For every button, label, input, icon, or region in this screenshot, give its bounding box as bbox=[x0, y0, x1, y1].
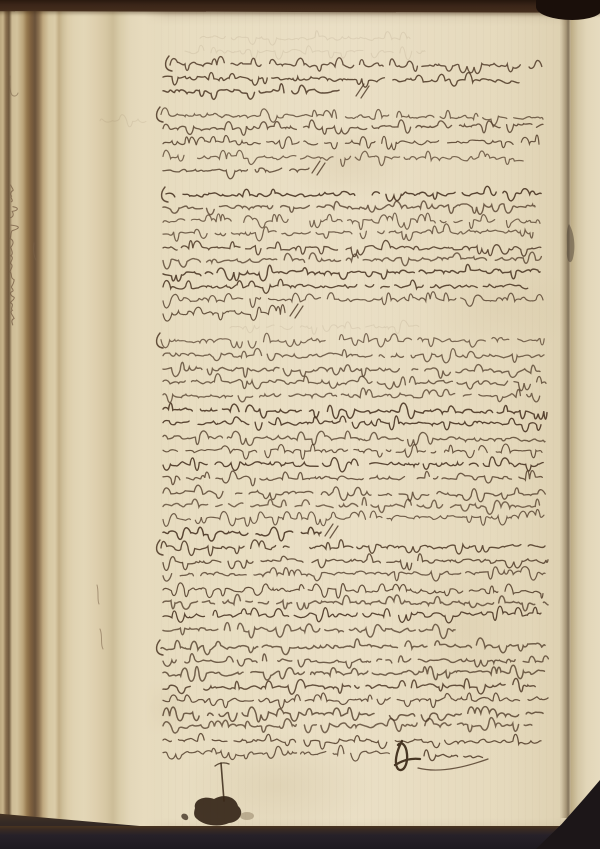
paragraph-end-marks bbox=[290, 84, 369, 538]
paragraph-2 bbox=[157, 107, 543, 179]
paragraph-6 bbox=[157, 638, 549, 762]
handwriting-layer bbox=[0, 0, 600, 849]
margin-note-script bbox=[10, 185, 18, 325]
ink-blot bbox=[181, 763, 254, 826]
manuscript-photo bbox=[0, 0, 600, 849]
paragraph-initial-flourish bbox=[157, 107, 163, 122]
paragraph-1 bbox=[163, 56, 542, 100]
gutter-pen-marks bbox=[10, 76, 103, 649]
paragraph-initial-flourish bbox=[157, 333, 163, 348]
paragraph-3 bbox=[162, 186, 543, 321]
fore-edge-smudge bbox=[567, 224, 575, 262]
paragraph-4 bbox=[157, 332, 547, 541]
signature-rubric bbox=[395, 741, 488, 770]
paragraph-5 bbox=[157, 538, 548, 639]
paragraph-initial-flourish bbox=[162, 187, 168, 202]
